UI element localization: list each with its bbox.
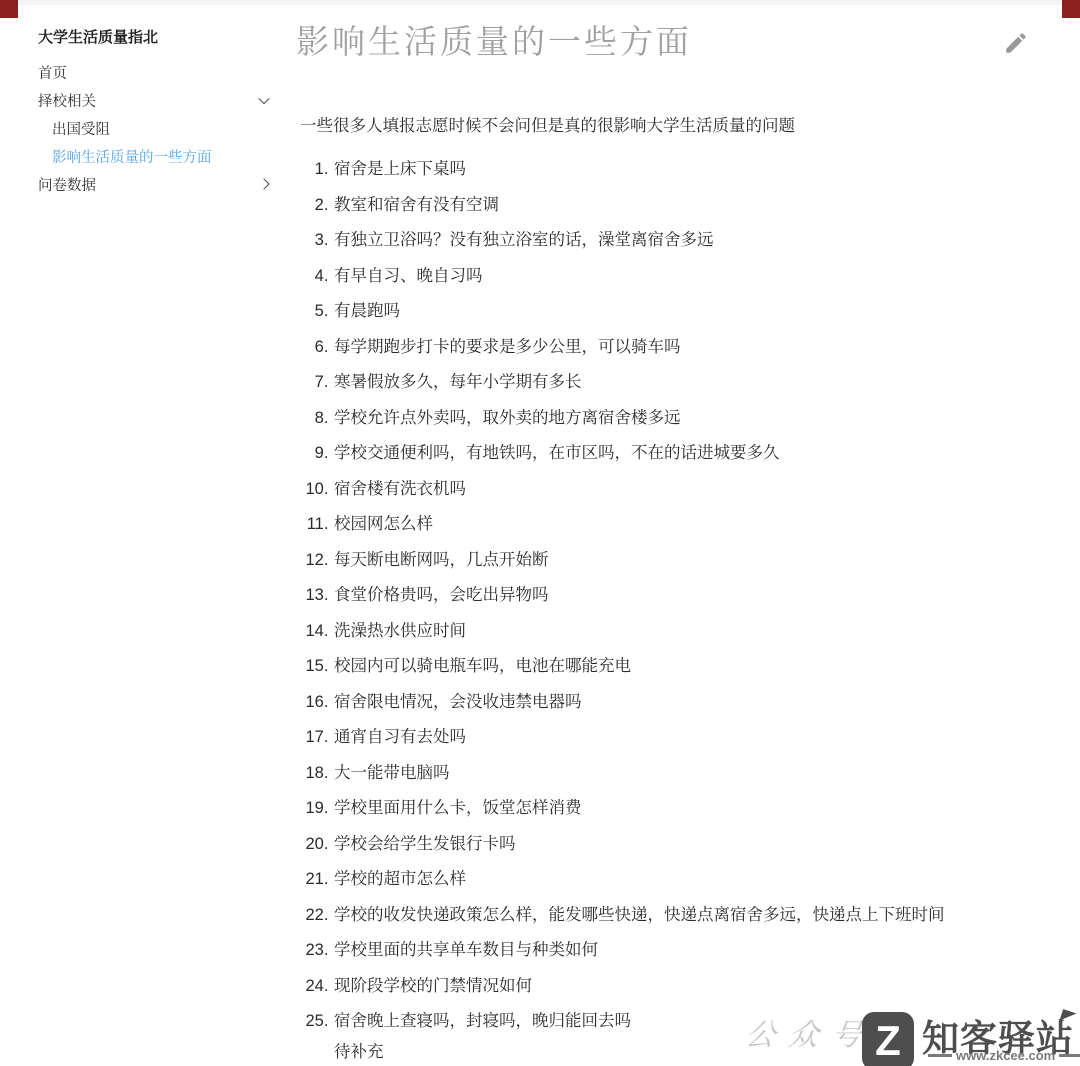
question-item: 学校的超市怎么样 (333, 871, 1080, 888)
main-content: 影响生活质量的一些方面 一些很多人填报志愿时候不会问但是真的很影响大学生活质量的… (296, 0, 1080, 1061)
question-item: 寒暑假放多久，每年小学期有多长 (333, 374, 1080, 391)
watermark-prefix: 公众号 (743, 1010, 878, 1054)
watermark-logo: Z (862, 1012, 914, 1066)
watermark-url-row: www.zkcee.com (928, 1048, 1080, 1063)
dash-right (1059, 1054, 1080, 1057)
sidebar: 大学生活质量指北 首页择校相关出国受阻影响生活质量的一些方面问卷数据 (0, 0, 292, 1066)
question-item: 学校交通便利吗，有地铁吗，在市区吗，不在的话进城要多久 (333, 445, 1080, 462)
question-item: 校园内可以骑电瓶车吗，电池在哪能充电 (333, 658, 1080, 675)
question-item: 学校允许点外卖吗，取外卖的地方离宿舍楼多远 (333, 410, 1080, 427)
question-list: 宿舍是上床下桌吗教室和宿舍有没有空调有独立卫浴吗？没有独立浴室的话，澡堂离宿舍多… (296, 161, 1080, 1030)
question-item: 宿舍限电情况，会没收违禁电器吗 (333, 694, 1080, 711)
question-item: 食堂价格贵吗，会吃出异物吗 (333, 587, 1080, 604)
edit-pencil-icon[interactable] (1003, 30, 1029, 56)
book-title: 大学生活质量指北 (38, 26, 292, 50)
sidebar-item-label: 影响生活质量的一些方面 (52, 146, 212, 167)
dash-left (928, 1054, 952, 1057)
watermark-logo-letter: Z (875, 1020, 901, 1062)
sidebar-item-label: 出国受阻 (52, 118, 110, 139)
question-item: 学校里面用什么卡，饭堂怎样消费 (333, 800, 1080, 817)
question-item: 有早自习、晚自习吗 (333, 268, 1080, 285)
sidebar-item-label: 择校相关 (38, 90, 96, 111)
question-item: 学校里面的共享单车数目与种类如何 (333, 942, 1080, 959)
sidebar-item-label: 问卷数据 (38, 174, 96, 195)
question-item: 学校会给学生发银行卡吗 (333, 836, 1080, 853)
question-item: 校园网怎么样 (333, 516, 1080, 533)
question-item: 有晨跑吗 (333, 303, 1080, 320)
sidebar-item-label: 首页 (38, 62, 67, 83)
question-item: 宿舍是上床下桌吗 (333, 161, 1080, 178)
watermark-url: www.zkcee.com (956, 1048, 1055, 1063)
intro-text: 一些很多人填报志愿时候不会问但是真的很影响大学生活质量的问题 (300, 117, 1080, 136)
chevron-down-icon[interactable] (258, 93, 269, 104)
question-item: 每天断电断网吗，几点开始断 (333, 552, 1080, 569)
question-item: 大一能带电脑吗 (333, 765, 1080, 782)
chevron-right-icon[interactable] (258, 178, 269, 189)
question-item: 教室和宿舍有没有空调 (333, 197, 1080, 214)
page: 大学生活质量指北 首页择校相关出国受阻影响生活质量的一些方面问卷数据 影响生活质… (0, 0, 1080, 1066)
question-item: 通宵自习有去处吗 (333, 729, 1080, 746)
sidebar-nav: 首页择校相关出国受阻影响生活质量的一些方面问卷数据 (38, 58, 292, 198)
question-item: 学校的收发快递政策怎么样，能发哪些快递，快递点离宿舍多远，快递点上下班时间 (333, 907, 1080, 924)
sidebar-item[interactable]: 首页 (38, 58, 292, 86)
page-title: 影响生活质量的一些方面 (296, 24, 1080, 60)
question-item: 宿舍楼有洗衣机吗 (333, 481, 1080, 498)
sidebar-item[interactable]: 出国受阻 (38, 114, 292, 142)
question-item: 现阶段学校的门禁情况如何 (333, 978, 1080, 995)
question-item: 每学期跑步打卡的要求是多少公里，可以骑车吗 (333, 339, 1080, 356)
sidebar-item[interactable]: 影响生活质量的一些方面 (38, 142, 292, 170)
question-item: 洗澡热水供应时间 (333, 623, 1080, 640)
sidebar-item[interactable]: 问卷数据 (38, 170, 292, 198)
question-item: 有独立卫浴吗？没有独立浴室的话，澡堂离宿舍多远 (333, 232, 1080, 249)
sidebar-item[interactable]: 择校相关 (38, 86, 292, 114)
